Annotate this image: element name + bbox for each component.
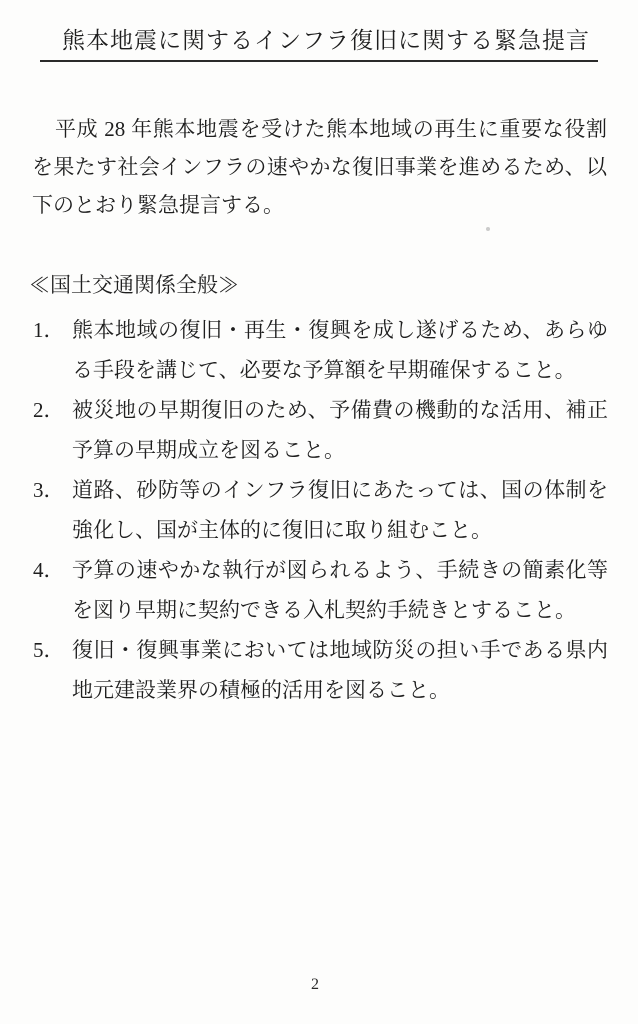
page-title-text: 熊本地震に関するインフラ復旧に関する緊急提言: [40, 26, 598, 62]
list-item-number: 3．: [33, 470, 72, 550]
list-item: 2． 被災地の早期復旧のため、予備費の機動的な活用、補正予算の早期成立を図ること…: [33, 390, 608, 470]
list-item-number: 2．: [33, 390, 72, 470]
list-item-number: 5．: [33, 630, 72, 710]
proposal-item-list: 1． 熊本地域の復旧・再生・復興を成し遂げるため、あらゆる手段を講じて、必要な予…: [33, 310, 608, 710]
scan-artifact-dot: [486, 227, 490, 231]
list-item-text: 道路、砂防等のインフラ復旧にあたっては、国の体制を強化し、国が主体的に復旧に取り…: [72, 470, 608, 550]
page-number: 2: [0, 976, 630, 994]
list-item: 4． 予算の速やかな執行が図られるよう、手続きの簡素化等を図り早期に契約できる入…: [33, 550, 608, 630]
page-title: 熊本地震に関するインフラ復旧に関する緊急提言: [0, 26, 638, 62]
document-page: 熊本地震に関するインフラ復旧に関する緊急提言 平成 28 年熊本地震を受けた熊本…: [0, 0, 638, 1024]
list-item-number: 4．: [33, 550, 72, 630]
list-item-number: 1．: [33, 310, 72, 390]
list-item: 5． 復旧・復興事業においては地域防災の担い手である県内地元建設業界の積極的活用…: [33, 630, 608, 710]
list-item: 1． 熊本地域の復旧・再生・復興を成し遂げるため、あらゆる手段を講じて、必要な予…: [33, 310, 608, 390]
list-item-text: 被災地の早期復旧のため、予備費の機動的な活用、補正予算の早期成立を図ること。: [72, 390, 608, 470]
list-item-text: 復旧・復興事業においては地域防災の担い手である県内地元建設業界の積極的活用を図る…: [72, 630, 608, 710]
list-item: 3． 道路、砂防等のインフラ復旧にあたっては、国の体制を強化し、国が主体的に復旧…: [33, 470, 608, 550]
list-item-text: 予算の速やかな執行が図られるよう、手続きの簡素化等を図り早期に契約できる入札契約…: [72, 550, 608, 630]
section-heading: ≪国土交通関係全般≫: [29, 270, 608, 300]
intro-paragraph: 平成 28 年熊本地震を受けた熊本地域の再生に重要な役割を果たす社会インフラの速…: [32, 110, 607, 224]
list-item-text: 熊本地域の復旧・再生・復興を成し遂げるため、あらゆる手段を講じて、必要な予算額を…: [72, 310, 608, 390]
